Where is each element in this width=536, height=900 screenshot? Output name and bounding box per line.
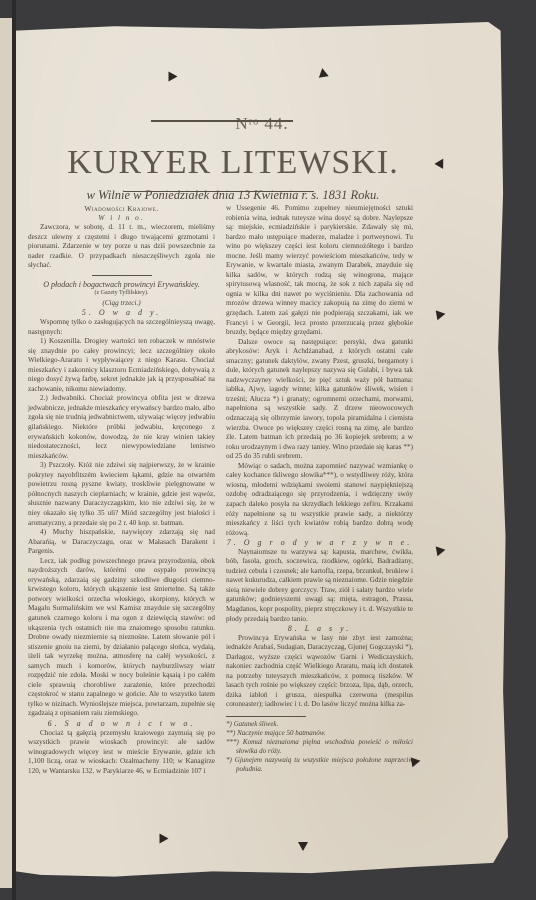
- paragraph: Lecz, iak podług powszechnego prawa przy…: [28, 557, 215, 719]
- paragraph: 4) Muchy hiszpańskie, naywięcey zdarzają…: [28, 528, 215, 557]
- masthead-rule-top: [151, 120, 293, 122]
- masthead-rule-bottom: [124, 191, 314, 192]
- left-column: Wiadomości Krajowe. W i l n o. Zawczora,…: [28, 204, 215, 776]
- footnote-divider: [226, 716, 306, 717]
- footnote: *) Gatunek śliwek.: [226, 720, 413, 729]
- footnote: **) Naczynie mające 50 batmanów.: [226, 729, 413, 738]
- paragraph: Zawczora, w sobotę, d. 11 t. m., wieczor…: [28, 223, 215, 271]
- binding-shadow: [12, 0, 16, 900]
- binding-hole-icon: [160, 834, 169, 844]
- paragraph: Dalsze owoce są następuiące: persyki, dw…: [226, 338, 413, 462]
- paragraph: Prowincya Erywańska w lasy nie zbyt iest…: [226, 634, 413, 710]
- paragraph: 2.) Jedwabniki. Chociaż prowincya obfita…: [28, 394, 215, 461]
- subsection-heading: 7. O g r o d y w a r z y w n e.: [226, 538, 413, 548]
- footnotes: *) Gatunek śliwek. **) Naczynie mające 5…: [226, 720, 413, 774]
- subsection-heading: 6. S a d o w n i c t w o.: [28, 719, 215, 729]
- footnote: ***) Komuż nieznaioma pięłna wschodnia p…: [226, 738, 413, 756]
- binding-hole-icon: [317, 67, 328, 78]
- binding-hole-icon: [434, 156, 447, 169]
- paragraph: Wspomnę tylko o zasługujących na szczegó…: [28, 318, 215, 337]
- paragraph: w Ussegenie 46. Pomimo zupełney nieumiej…: [226, 204, 413, 338]
- article-title: O płodach i bogactwach prowincyi Erywańs…: [28, 280, 215, 290]
- newspaper-title: KURYER LITEWSKI.: [38, 144, 428, 182]
- paragraph: Mówiąc o sadach, można zapomnieć nazywać…: [226, 462, 413, 538]
- binding-hole-icon: [298, 842, 308, 851]
- article-source: (z Gazety Tyflilskiey).: [28, 289, 215, 299]
- subsection-heading: 5. O w a d y.: [28, 308, 215, 318]
- divider: [92, 275, 152, 276]
- paragraph: 1) Koszenilla. Drogiey wartości ten roba…: [28, 337, 215, 394]
- right-column: w Ussegenie 46. Pomimo zupełney nieumiej…: [226, 204, 413, 774]
- section-heading: Wiadomości Krajowe.: [28, 204, 215, 214]
- binding-hole-icon: [436, 309, 447, 320]
- article-continuation: (Ciąg trzeci.): [28, 299, 215, 309]
- subsection-heading: 8. L a s y.: [226, 624, 413, 634]
- footnote: *) Gjunejem nazywaią tu wszystkie miejsc…: [226, 756, 413, 774]
- paragraph: 3) Pszczoły. Któż nie zdziwi się najpier…: [28, 461, 215, 528]
- binding-hole-icon: [436, 545, 447, 556]
- city-heading: W i l n o.: [28, 214, 215, 224]
- issue-number: Nʳᵒ 44.: [16, 114, 508, 134]
- binding-hole-icon: [169, 72, 178, 82]
- paragraph: Chociaż tą gałęzią przemysłu kraiowego z…: [28, 729, 215, 777]
- paragraph: Naynaiomsze tu warzywa są: kapusta, marc…: [226, 548, 413, 624]
- newspaper-page: Nʳᵒ 44. KURYER LITEWSKI. w Wilnie w Poni…: [16, 22, 508, 880]
- adjacent-page-edge: [0, 18, 12, 888]
